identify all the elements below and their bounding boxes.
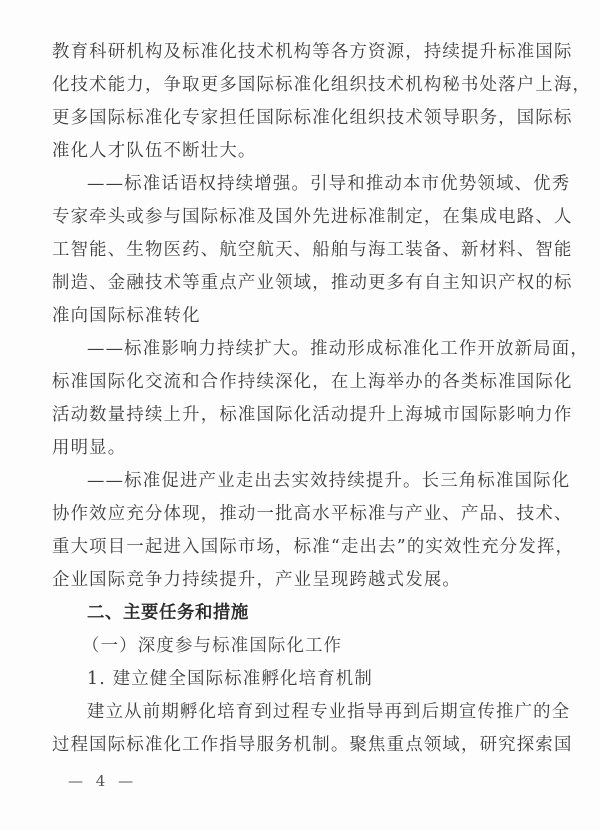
text-line: 教育科研机构及标准化技术机构等各方资源，持续提升标准国际 <box>52 36 550 69</box>
text-line: 标准国际化交流和合作持续深化，在上海举办的各类标准国际化 <box>52 366 550 399</box>
item-heading: 1. 建立健全国际标准孵化培育机制 <box>52 663 550 696</box>
text-line: 工智能、生物医药、航空航天、船舶与海工装备、新材料、智能 <box>52 234 550 267</box>
document-page: 教育科研机构及标准化技术机构等各方资源，持续提升标准国际 化技术能力，争取更多国… <box>0 0 600 830</box>
text-line: 制造、金融技术等重点产业领域，推动更多有自主知识产权的标 <box>52 267 550 300</box>
text-line: 准向国际标准转化 <box>52 300 550 333</box>
paragraph-first-line: ——标准影响力持续扩大。推动形成标准化工作开放新局面， <box>52 333 550 366</box>
text-line: 企业国际竞争力持续提升，产业呈现跨越式发展。 <box>52 564 550 597</box>
text-line: 化技术能力，争取更多国际标准化组织技术机构秘书处落户上海， <box>52 69 550 102</box>
text-line: 用明显。 <box>52 432 550 465</box>
text-line: 协作效应充分体现，推动一批高水平标准与产业、产品、技术、 <box>52 498 550 531</box>
text-line: 更多国际标准化专家担任国际标准化组织技术领导职务，国际标 <box>52 102 550 135</box>
text-line: 重大项目一起进入国际市场，标准“走出去”的实效性充分发挥， <box>52 531 550 564</box>
text-line: 过程国际标准化工作指导服务机制。聚焦重点领域，研究探索国 <box>52 729 550 762</box>
text-line: 准化人才队伍不断壮大。 <box>52 135 550 168</box>
paragraph-first-line: 建立从前期孵化培育到过程专业指导再到后期宣传推广的全 <box>52 696 550 729</box>
paragraph-first-line: ——标准话语权持续增强。引导和推动本市优势领域、优秀 <box>52 168 550 201</box>
section-heading: 二、主要任务和措施 <box>52 597 550 630</box>
document-body: 教育科研机构及标准化技术机构等各方资源，持续提升标准国际 化技术能力，争取更多国… <box>52 36 550 762</box>
subsection-heading: （一）深度参与标准国际化工作 <box>52 630 550 663</box>
text-line: 专家牵头或参与国际标准及国外先进标准制定，在集成电路、人 <box>52 201 550 234</box>
page-number: — 4 — <box>68 772 137 790</box>
paragraph-first-line: ——标准促进产业走出去实效持续提升。长三角标准国际化 <box>52 465 550 498</box>
text-line: 活动数量持续上升，标准国际化活动提升上海城市国际影响力作 <box>52 399 550 432</box>
